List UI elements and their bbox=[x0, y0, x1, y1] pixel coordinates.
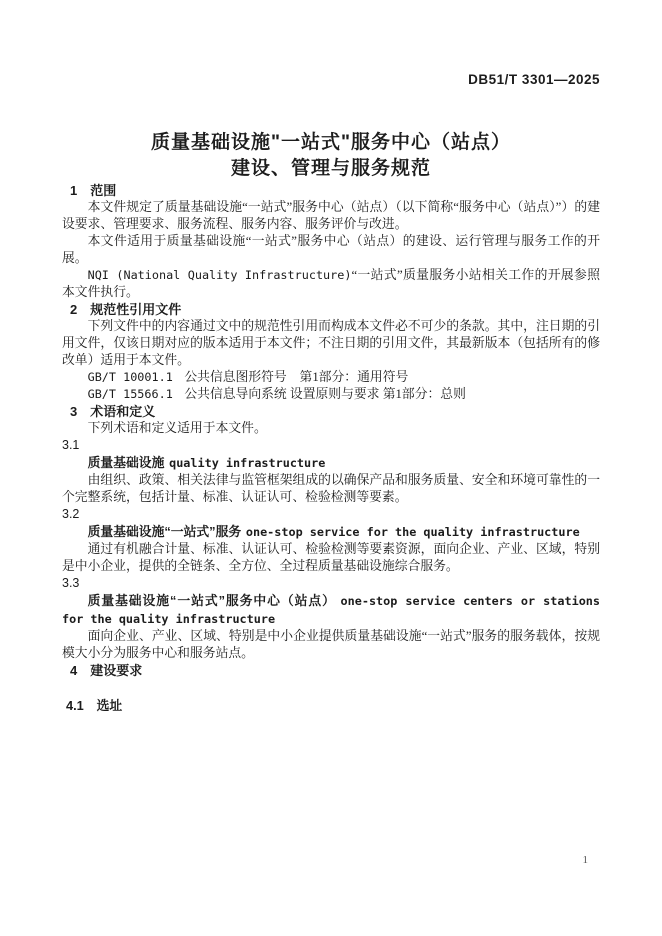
term-title-zh: 质量基础设施“一站式”服务中心（站点） bbox=[88, 593, 336, 608]
terms-intro-paragraph: 下列术语和定义适用于本文件。 bbox=[62, 420, 600, 437]
term-title: 质量基础设施“一站式”服务中心（站点）one-stop service cent… bbox=[62, 592, 600, 628]
standard-code: DB51/T 3301—2025 bbox=[62, 72, 600, 88]
term-title-zh: 质量基础设施 bbox=[88, 455, 165, 470]
refs-intro-paragraph: 下列文件中的内容通过文中的规范性引用而构成本文件必不可少的条款。其中，注日期的引… bbox=[62, 318, 600, 369]
reference-title: 公共信息导向系统 设置原则与要求 第1部分：总则 bbox=[184, 387, 466, 401]
section-heading-scope: 1 范围 bbox=[62, 182, 600, 199]
section-heading-normative-refs: 2 规范性引用文件 bbox=[62, 301, 600, 318]
page-number: 1 bbox=[583, 853, 589, 867]
term-title-en: quality infrastructure bbox=[169, 456, 325, 470]
term-title: 质量基础设施quality infrastructure bbox=[62, 454, 600, 472]
title-line-2: 建设、管理与服务规范 bbox=[231, 158, 431, 179]
term-number: 3.2 bbox=[62, 506, 600, 523]
reference-title: 公共信息图形符号 第1部分：通用符号 bbox=[184, 370, 408, 384]
term-block: 3.1 质量基础设施quality infrastructure 由组织、政策、… bbox=[62, 437, 600, 506]
reference-item: GB/T 10001.1公共信息图形符号 第1部分：通用符号 bbox=[62, 369, 600, 386]
document-title: 质量基础设施"一站式"服务中心（站点） 建设、管理与服务规范 bbox=[62, 130, 600, 182]
scope-paragraph-2: 本文件适用于质量基础设施“一站式”服务中心（站点）的建设、运行管理与服务工作的开… bbox=[62, 233, 600, 267]
term-definition: 由组织、政策、相关法律与监管框架组成的以确保产品和服务质量、安全和环境可靠性的一… bbox=[62, 472, 600, 506]
reference-code: GB/T 10001.1 bbox=[88, 370, 173, 384]
subsection-heading-site-selection: 4.1 选址 bbox=[62, 697, 600, 714]
scope-paragraph-1: 本文件规定了质量基础设施“一站式”服务中心（站点）（以下简称“服务中心（站点）”… bbox=[62, 199, 600, 233]
document-page: DB51/T 3301—2025 质量基础设施"一站式"服务中心（站点） 建设、… bbox=[0, 0, 662, 936]
scope-paragraph-3: NQI (National Quality Infrastructure)“一站… bbox=[62, 267, 600, 301]
section-heading-terms: 3 术语和定义 bbox=[62, 403, 600, 420]
term-block: 3.3 质量基础设施“一站式”服务中心（站点）one-stop service … bbox=[62, 575, 600, 662]
term-title-zh: 质量基础设施“一站式”服务 bbox=[88, 524, 242, 539]
title-line-1: 质量基础设施"一站式"服务中心（站点） bbox=[151, 132, 511, 153]
reference-code: GB/T 15566.1 bbox=[88, 387, 173, 401]
reference-item: GB/T 15566.1公共信息导向系统 设置原则与要求 第1部分：总则 bbox=[62, 386, 600, 403]
nqi-english-text: NQI (National Quality Infrastructure) bbox=[88, 268, 352, 282]
term-block: 3.2 质量基础设施“一站式”服务one-stop service for th… bbox=[62, 506, 600, 575]
term-number: 3.1 bbox=[62, 437, 600, 454]
term-definition: 通过有机融合计量、标准、认证认可、检验检测等要素资源，面向企业、产业、区域，特别… bbox=[62, 541, 600, 575]
term-number: 3.3 bbox=[62, 575, 600, 592]
term-definition: 面向企业、产业、区域、特别是中小企业提供质量基础设施“一站式”服务的服务载体，按… bbox=[62, 628, 600, 662]
section-heading-construction: 4 建设要求 bbox=[62, 662, 600, 679]
term-title-en: one-stop service for the quality infrast… bbox=[246, 525, 580, 539]
term-title: 质量基础设施“一站式”服务one-stop service for the qu… bbox=[62, 523, 600, 541]
